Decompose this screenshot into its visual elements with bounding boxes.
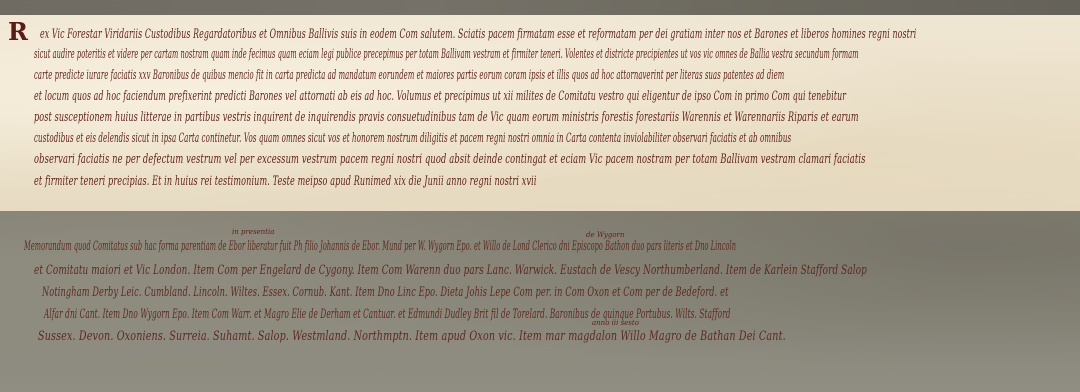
lower-text-line-3: Notingham Derby Leic. Cumbland. Lincoln.…	[42, 284, 729, 299]
upper-text-line-3: carte predicte iurare faciatis xxv Baron…	[34, 67, 784, 82]
lower-text-line-2: et Comitatu maiori et Vic London. Item C…	[34, 262, 867, 277]
upper-text-line-8: et firmiter teneri precipias. Et in huiu…	[34, 173, 537, 188]
upper-text-line-5: post susceptionem huius litterae in part…	[34, 109, 859, 124]
upper-text-line-6: custodibus et eis delendis sicut in ipsa…	[34, 130, 791, 145]
interlinear-gloss-1: in presentia	[232, 228, 274, 236]
top-border-strip	[0, 0, 1080, 15]
lower-text-line-1: Memorandum quod Comitatus sub hac forma …	[24, 238, 736, 253]
charter-lower-section: in presentia de Wygorn anno iii sesto Me…	[0, 211, 1080, 392]
upper-text-line-1: ex Vic Forestar Viridariis Custodibus Re…	[40, 26, 916, 41]
lower-text-line-5: Sussex. Devon. Oxoniens. Surreia. Suhamt…	[38, 328, 786, 343]
lower-text-line-4: Alfar dni Cant. Item Dno Wygorn Epo. Ite…	[44, 306, 731, 321]
decorated-initial: R	[8, 17, 28, 46]
upper-text-line-4: et locum quos ad hoc faciendum prefixeri…	[34, 88, 846, 103]
upper-text-line-7: observari faciatis ne per defectum vestr…	[34, 151, 866, 166]
charter-parchment-upper: R ex Vic Forestar Viridariis Custodibus …	[0, 15, 1080, 211]
upper-text-line-2: sicut audire poteritis et videre per car…	[34, 46, 859, 61]
